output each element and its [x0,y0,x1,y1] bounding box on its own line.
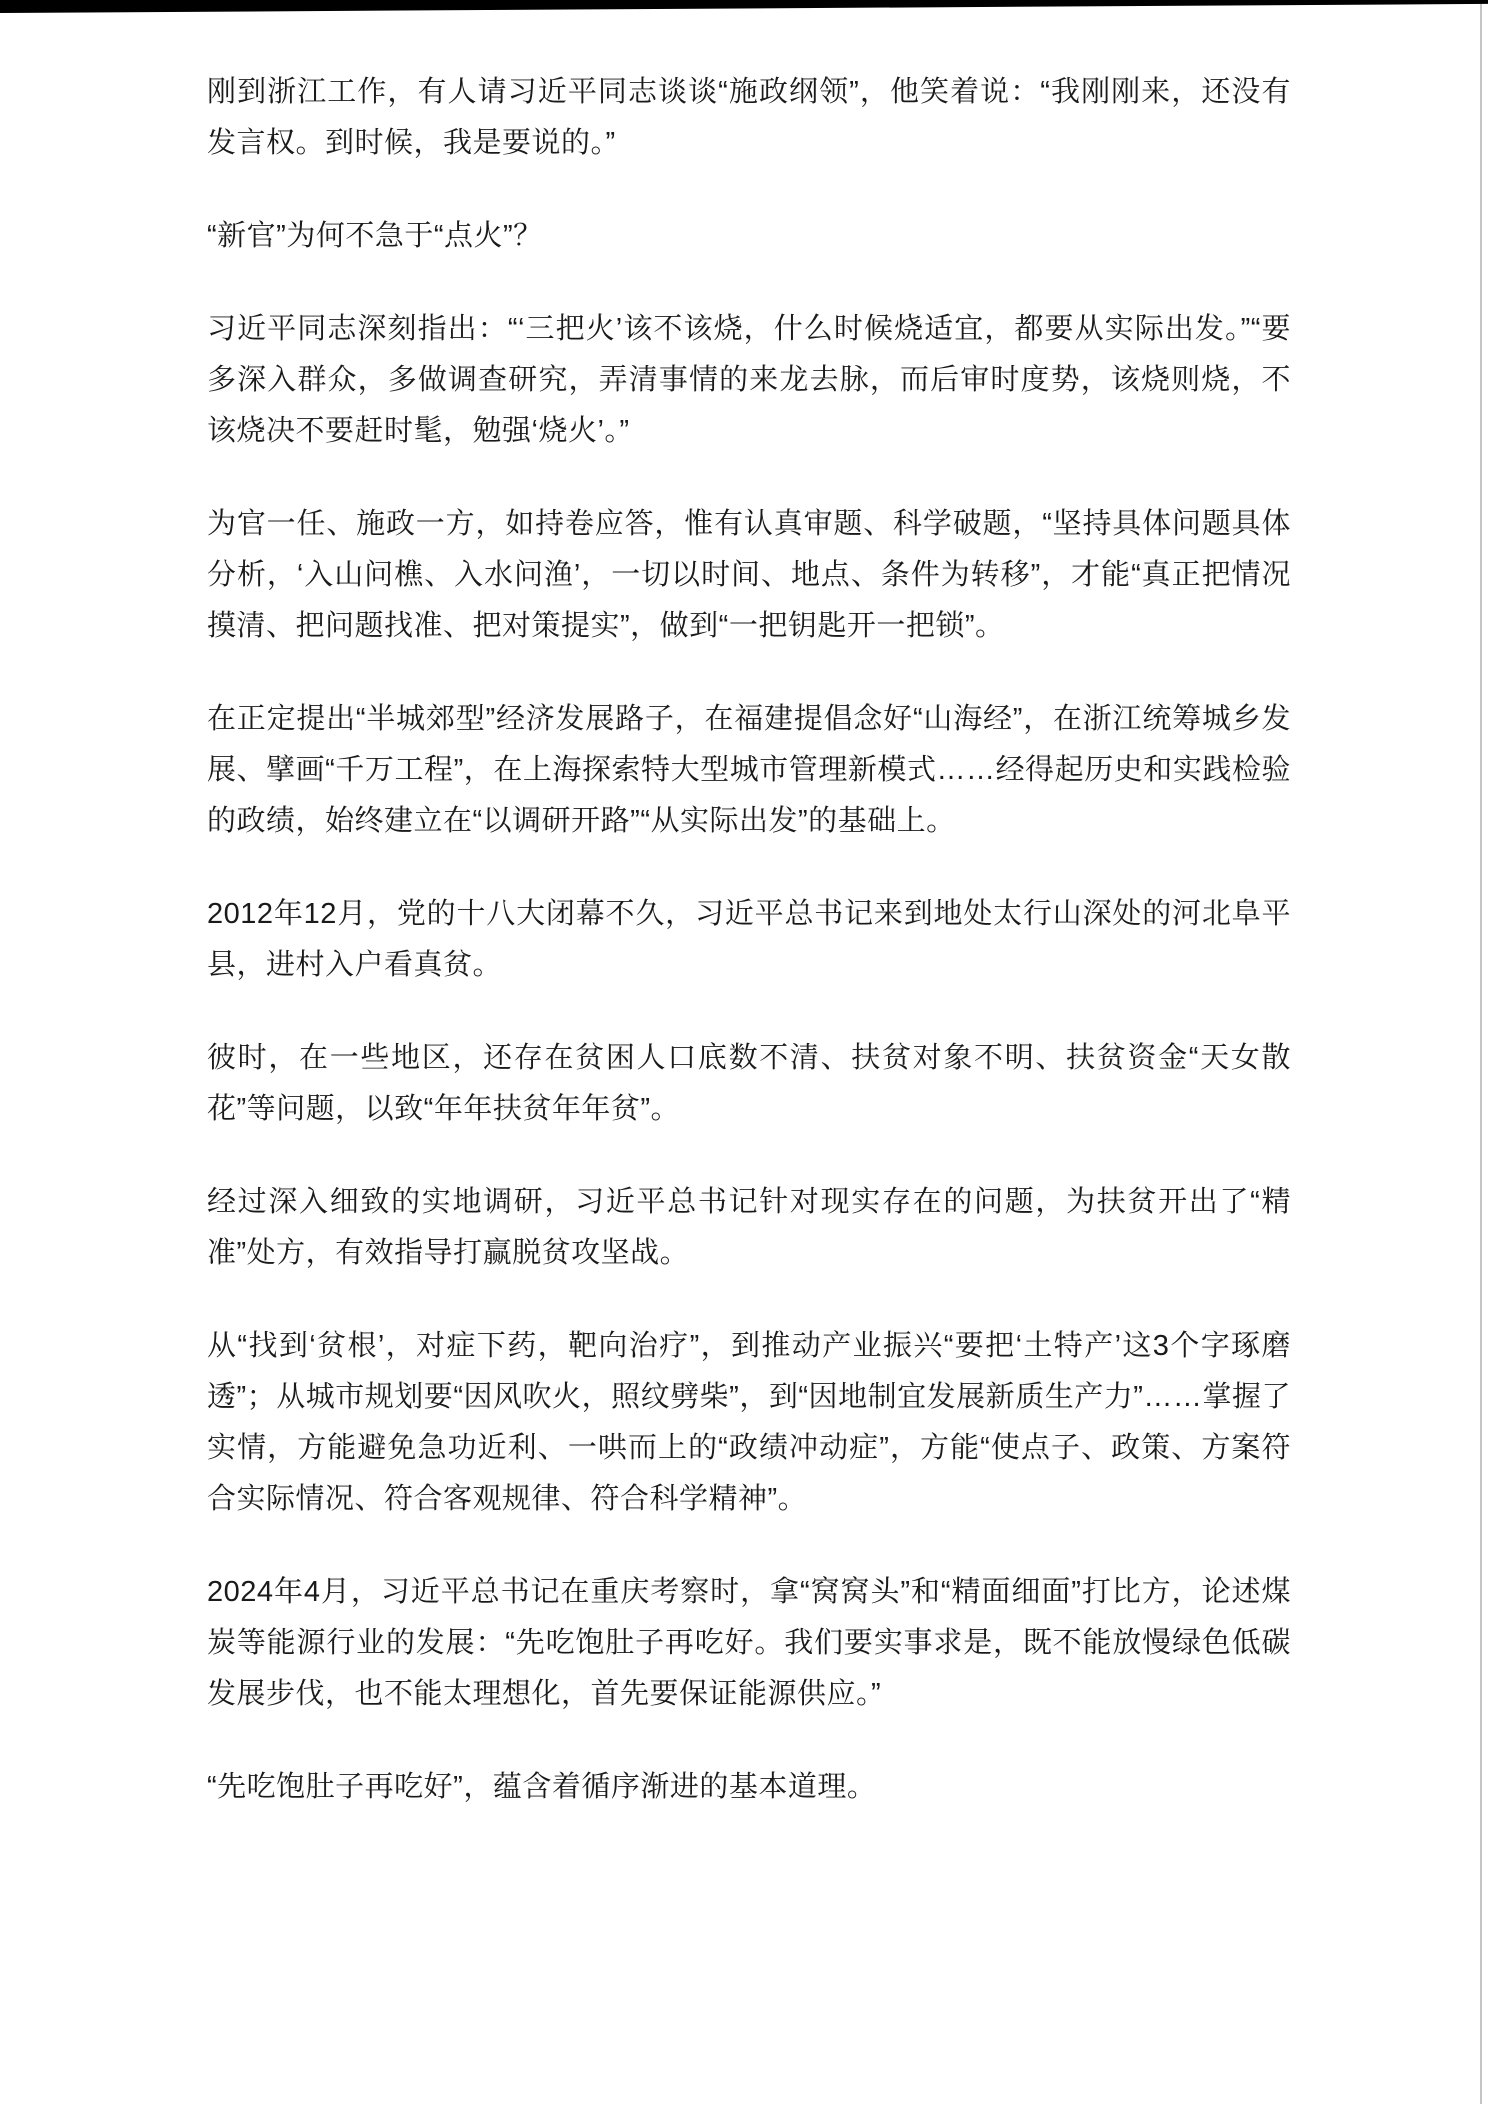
paragraph: 彼时，在一些地区，还存在贫困人口底数不清、扶贫对象不明、扶贫资金“天女散花”等问… [207,1033,1291,1135]
paragraph: 经过深入细致的实地调研，习近平总书记针对现实存在的问题，为扶贫开出了“精准”处方… [207,1177,1291,1279]
paragraph: 在正定提出“半城郊型”经济发展路子，在福建提倡念好“山海经”，在浙江统筹城乡发展… [207,694,1291,847]
document-page: 刚到浙江工作，有人请习近平同志谈谈“施政纲领”，他笑着说：“我刚刚来，还没有发言… [0,0,1488,2104]
paragraph: 习近平同志深刻指出：“‘三把火’该不该烧，什么时候烧适宜，都要从实际出发。”“要… [207,304,1291,457]
scan-top-edge-artifact [0,0,1488,13]
paragraph: 从“找到‘贫根’，对症下药，靶向治疗”，到推动产业振兴“要把‘土特产’这3个字琢… [207,1321,1291,1525]
scan-right-edge-rule [1480,4,1482,2104]
paragraph: “先吃饱肚子再吃好”，蕴含着循序渐进的基本道理。 [207,1762,1291,1813]
paragraph-question-heading: “新官”为何不急于“点火”？ [207,211,1291,262]
paragraph: 2012年12月，党的十八大闭幕不久，习近平总书记来到地处太行山深处的河北阜平县… [207,889,1291,991]
paragraph: 为官一任、施政一方，如持卷应答，惟有认真审题、科学破题，“坚持具体问题具体分析，… [207,499,1291,652]
paragraph: 2024年4月，习近平总书记在重庆考察时，拿“窝窝头”和“精面细面”打比方，论述… [207,1567,1291,1720]
article-body: 刚到浙江工作，有人请习近平同志谈谈“施政纲领”，他笑着说：“我刚刚来，还没有发言… [207,67,1291,1813]
paragraph: 刚到浙江工作，有人请习近平同志谈谈“施政纲领”，他笑着说：“我刚刚来，还没有发言… [207,67,1291,169]
